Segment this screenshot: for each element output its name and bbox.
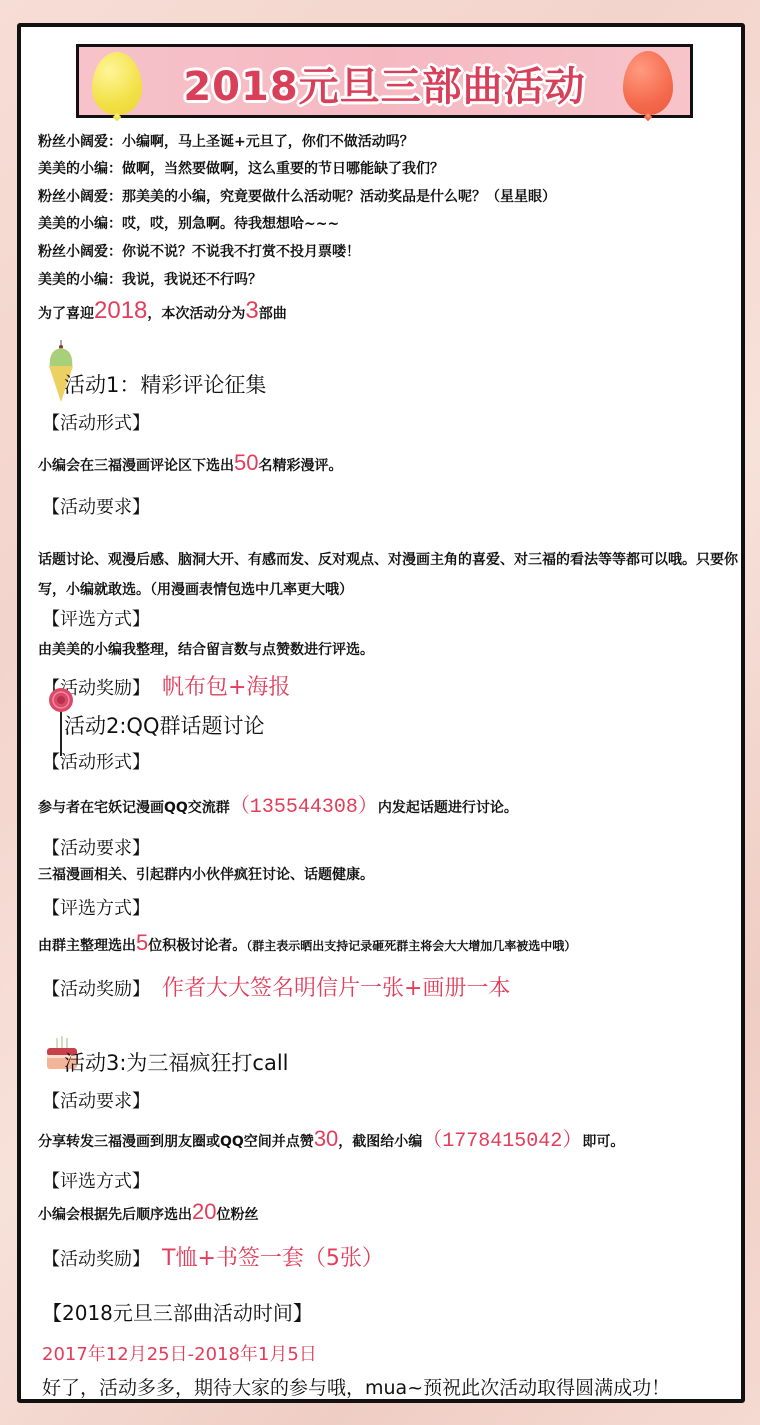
closing-message: 好了，活动多多，期待大家的参与哦，mua~预祝此次活动取得圆满成功！ — [42, 1373, 670, 1400]
intro-count: 3 — [245, 297, 258, 324]
activity-1-req-text: 话题讨论、观漫后感、脑洞大开、有感而发、反对观点、对漫画主角的喜爱、对三福的看法… — [38, 545, 738, 605]
intro-year: 2018 — [94, 297, 147, 324]
dialogue-line: 美美的小编：哎，哎，别急啊。待我想想哈~~~ — [38, 213, 339, 233]
dialogue-line: 粉丝小阔爱：小编啊，马上圣诞+元旦了，你们不做活动吗？ — [38, 131, 414, 151]
activity-1-form-text: 小编会在三福漫画评论区下选出50名精彩漫评。 — [38, 450, 342, 476]
qq-group-number: （135544308） — [230, 796, 378, 819]
activity-2-select-text: 由群主整理选出5位积极讨论者。（群主表示晒出支持记录砸死群主将会大大增加几率被选… — [38, 930, 576, 956]
activity-1-reward: 帆布包+海报 — [162, 675, 290, 700]
activity-1-reward-row: 【活动奖励】帆布包+海报 — [42, 670, 290, 701]
activity-1-select-label: 【评选方式】 — [42, 605, 150, 631]
activity-1-select-text: 由美美的小编我整理，结合留言数与点赞数进行评选。 — [38, 639, 374, 659]
dialogue-line: 粉丝小阔爱：你说不说？不说我不打赏不投月票喽！ — [38, 241, 360, 261]
activity-1-title: 活动1：精彩评论征集 — [64, 369, 266, 399]
activity-3-reward-row: 【活动奖励】T恤+书签一套（5张） — [42, 1241, 384, 1272]
activity-2-reward-row: 【活动奖励】作者大大签名明信片一张+画册一本 — [42, 971, 510, 1002]
dialogue-line: 美美的小编：做啊，当然要做啊，这么重要的节日哪能缺了我们？ — [38, 158, 444, 178]
activity-2-reward: 作者大大签名明信片一张+画册一本 — [162, 976, 510, 1001]
activity-3-select-text: 小编会根据先后顺序选出20位粉丝 — [38, 1199, 258, 1225]
activity-3-title: 活动3:为三福疯狂打call — [64, 1047, 289, 1077]
activity-2-select-label: 【评选方式】 — [42, 894, 150, 920]
dialogue-line: 粉丝小阔爱：那美美的小编，究竟要做什么活动呢？活动奖品是什么呢？（星星眼） — [38, 186, 556, 206]
activity-1-req-label: 【活动要求】 — [42, 493, 150, 519]
activity-3-req-label: 【活动要求】 — [42, 1087, 150, 1113]
title-banner: 2018元旦三部曲活动 — [76, 44, 693, 118]
activity-3-reward: T恤+书签一套（5张） — [162, 1246, 384, 1271]
editor-qq-number: （1778415042） — [422, 1130, 582, 1153]
poster-title: 2018元旦三部曲活动 — [79, 55, 690, 112]
poster-frame: 2018元旦三部曲活动 粉丝小阔爱：小编啊，马上圣诞+元旦了，你们不做活动吗？ … — [17, 23, 745, 1403]
activity-2-req-text: 三福漫画相关、引起群内小伙伴疯狂讨论、话题健康。 — [38, 864, 374, 884]
activity-2-req-label: 【活动要求】 — [42, 834, 150, 860]
activity-1-form-label: 【活动形式】 — [42, 409, 150, 435]
schedule-title: 【2018元旦三部曲活动时间】 — [42, 1297, 313, 1326]
dialogue-line: 美美的小编：我说，我说还不行吗？ — [38, 269, 262, 289]
schedule-dates: 2017年12月25日-2018年1月5日 — [42, 1340, 317, 1366]
activity-2-title: 活动2:QQ群话题讨论 — [64, 710, 265, 740]
activity-3-select-label: 【评选方式】 — [42, 1167, 150, 1193]
activity-3-req-text: 分享转发三福漫画到朋友圈或QQ空间并点赞30，截图给小编（1778415042）… — [38, 1123, 624, 1153]
intro-line: 为了喜迎2018，本次活动分为3部曲 — [38, 297, 287, 325]
activity-2-form-text: 参与者在宅妖记漫画QQ交流群（135544308）内发起话题进行讨论。 — [38, 789, 518, 819]
activity-2-form-label: 【活动形式】 — [42, 748, 150, 774]
